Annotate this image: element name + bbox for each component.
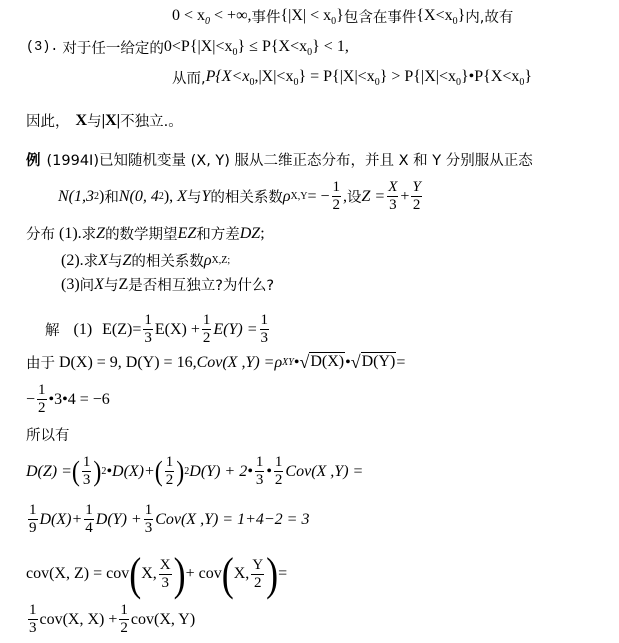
math-plus: + <box>400 188 409 206</box>
paren-right: ) <box>176 457 184 486</box>
solution-label: 解 <box>45 319 60 340</box>
paren-right: ) <box>266 551 278 598</box>
line-question-1: 分布 (1). 求 Z 的数学期望 EZ 和方差 DZ ; <box>26 223 265 244</box>
math-cov-xy: cov(X, Y) <box>131 611 195 629</box>
text-so: 所以有 <box>26 424 70 445</box>
line-dz-result: 19 D(X)+ 14 D(Y) + 13 Cov(X ,Y) = 1+4−2 … <box>26 503 309 536</box>
math-z: Z <box>122 252 131 270</box>
fraction: 12 <box>37 383 47 416</box>
math-ez: EZ <box>178 225 197 243</box>
math-z: Z <box>96 225 105 243</box>
fraction: 12 <box>119 603 129 636</box>
text-correlation: 的相关系数 <box>210 186 283 207</box>
math-dy: D(Y) + 2• <box>189 463 253 481</box>
line-not-independent: 因此， X 与 |X| 不独立.。 <box>26 110 183 131</box>
line-inclusion: 0 < x0 < +∞, 事件 {|X| < x0} 包含在事件 {X<x0} … <box>172 6 513 27</box>
math-rho: ρ <box>204 252 212 270</box>
text-with: 与 <box>187 186 202 207</box>
paren-left: ( <box>155 457 163 486</box>
math-rho: ρ <box>283 188 291 206</box>
text: 求 <box>82 223 97 244</box>
math-x: X <box>177 188 187 206</box>
fraction: 12 <box>332 180 342 213</box>
text-and: 与 <box>87 110 102 131</box>
math-cov-xz: cov(X, Z) = cov <box>26 565 129 583</box>
q2-label: (2). <box>61 252 84 270</box>
paren: ), <box>164 188 173 206</box>
math-dx: D(X)+ <box>40 511 83 529</box>
sub: X,Y <box>291 191 308 202</box>
text-contained: 包含在事件 <box>344 6 417 27</box>
fraction: 13 <box>82 455 92 488</box>
math-y: Y <box>201 188 210 206</box>
text: 问 <box>80 274 95 295</box>
semicolon: ; <box>260 225 264 243</box>
math-dx: •D(X)+ <box>106 463 154 481</box>
math-x: X <box>76 112 88 130</box>
line-example: 例 (1994I)已知随机变量 (X, Y) 服从二维正态分布，并且 X 和 Y… <box>26 149 533 170</box>
line-item-3: (3). 对于任一给定的 0<P{|X|<x0} ≤ P{X<x0} < 1, <box>26 37 349 58</box>
q1-label: (1). <box>59 225 82 243</box>
fraction: 13 <box>143 313 153 346</box>
math-ex: E(X) + <box>155 321 200 339</box>
math-abs-x: |X| <box>102 112 121 130</box>
math-dz: DZ <box>240 225 260 243</box>
text: 与 <box>108 250 123 271</box>
fraction: 13 <box>255 455 265 488</box>
text-since: 由于 <box>26 352 55 373</box>
math-eq: = <box>278 565 287 583</box>
math-ey: E(Y) = <box>213 321 257 339</box>
sub: XY <box>282 357 294 368</box>
text-let: 设 <box>347 186 362 207</box>
q3-label: (3) <box>61 276 80 294</box>
math-result: Cov(X ,Y) = 1+4−2 = 3 <box>155 511 309 529</box>
fraction: Y2 <box>251 558 264 591</box>
paren-right: ) <box>93 457 101 486</box>
text-hence: 从而, <box>172 67 206 88</box>
text: 与 <box>104 274 119 295</box>
dot: • <box>266 463 272 481</box>
text-distribution: 分布 <box>26 223 55 244</box>
text-therefore: 因此， <box>26 110 70 131</box>
math-x: X <box>98 252 108 270</box>
line-cov-value: − 12 •3•4 = −6 <box>26 383 110 416</box>
example-statement: (1994I)已知随机变量 (X, Y) 服从二维正态分布，并且 X 和 Y 分… <box>47 149 533 170</box>
math-z: Z <box>118 276 128 294</box>
math-product: •3•4 = −6 <box>49 391 110 409</box>
sqrt-dy: √D(Y) <box>351 352 397 373</box>
text-given: 对于任一给定的 <box>62 37 164 58</box>
line-solution-1: 解 (1) E(Z)= 13 E(X) + 12 E(Y) = 13 <box>45 313 271 346</box>
text: 的相关系数 <box>131 250 204 271</box>
line-so: 所以有 <box>26 424 70 445</box>
math-minus: − <box>26 391 35 409</box>
fraction: 14 <box>84 503 94 536</box>
math-cov-xx: cov(X, X) + <box>40 611 118 629</box>
fraction: 12 <box>165 455 175 488</box>
math-z: Z = <box>362 188 386 206</box>
paren-left: ( <box>72 457 80 486</box>
fraction: 13 <box>260 313 270 346</box>
line-cov-expand: 13 cov(X, X) + 12 cov(X, Y) <box>26 603 195 636</box>
text-not-independent: 不独立.。 <box>120 110 183 131</box>
part-label: (1) <box>74 321 93 339</box>
math-plus-cov: + cov <box>186 565 222 583</box>
text-event: 事件 <box>251 6 280 27</box>
math-variances: D(X) = 9, D(Y) = 16, <box>59 354 197 372</box>
text: 求 <box>84 250 99 271</box>
fraction: Y2 <box>411 180 421 213</box>
text: 的数学期望 <box>105 223 178 244</box>
math-n1: N(1,3 <box>58 188 94 206</box>
math-n2: N(0, 4 <box>119 188 159 206</box>
math-x: X, <box>234 565 250 583</box>
item-label: (3). <box>26 40 58 55</box>
math-inequality: 0<P{|X|<x0} ≤ P{X<x0} < 1, <box>164 38 349 58</box>
fraction: 12 <box>202 313 212 346</box>
math-ez: E(Z)= <box>102 321 141 339</box>
fraction: 19 <box>28 503 38 536</box>
line-dz: D(Z) = (13)2 •D(X)+ (12)2 D(Y) + 2• 13 •… <box>26 455 363 488</box>
fraction: 13 <box>28 603 38 636</box>
line-cov-xz: cov(X, Z) = cov ( X, X3 ) + cov ( X, Y2 … <box>26 556 287 592</box>
text-therefore: 内,故有 <box>465 6 513 27</box>
line-question-2: (2). 求 X 与 Z 的相关系数 ρX,Z; <box>61 250 230 271</box>
fraction: X3 <box>159 558 172 591</box>
line-variances: 由于 D(X) = 9, D(Y) = 16, Cov(X ,Y) = ρXY … <box>26 352 405 373</box>
math-prob-compare: P{X<x0,|X|<x0} = P{|X|<x0} > P{|X|<x0}•P… <box>206 68 532 88</box>
sub: X,Z; <box>212 255 231 266</box>
math-eq: = <box>396 354 405 372</box>
paren-right: ) <box>174 551 186 598</box>
line-distribution: N(1,32) 和 N(0, 42), X 与 Y 的相关系数 ρX,Y = −… <box>58 180 424 213</box>
sqrt-dx: √D(X) <box>299 352 345 373</box>
math-dz: D(Z) = <box>26 463 72 481</box>
fraction: 12 <box>274 455 284 488</box>
line-conclusion: 从而, P{X<x0,|X|<x0} = P{|X|<x0} > P{|X|<x… <box>172 67 532 88</box>
math-cov: Cov(X ,Y) = <box>197 354 275 372</box>
math-eq: = − <box>307 188 329 206</box>
math-cov: Cov(X ,Y) = <box>285 463 363 481</box>
fraction: X3 <box>387 180 398 213</box>
paren-left: ( <box>222 551 234 598</box>
paren-left: ( <box>129 551 141 598</box>
line-question-3: (3) 问 X 与 Z 是否相互独立?为什么? <box>61 274 274 295</box>
text: 是否相互独立?为什么? <box>128 274 274 295</box>
text-and: 和 <box>104 186 119 207</box>
fraction: 13 <box>144 503 154 536</box>
example-label: 例 <box>26 149 41 170</box>
math-set: {X<x0} <box>416 7 465 27</box>
math-range: 0 < x0 < +∞, <box>172 7 251 27</box>
math-dy: D(Y) + <box>96 511 142 529</box>
text: 和方差 <box>196 223 240 244</box>
math-set-abs: {|X| < x0} <box>280 7 343 27</box>
math-x: X, <box>141 565 157 583</box>
math-x: X <box>94 276 104 294</box>
